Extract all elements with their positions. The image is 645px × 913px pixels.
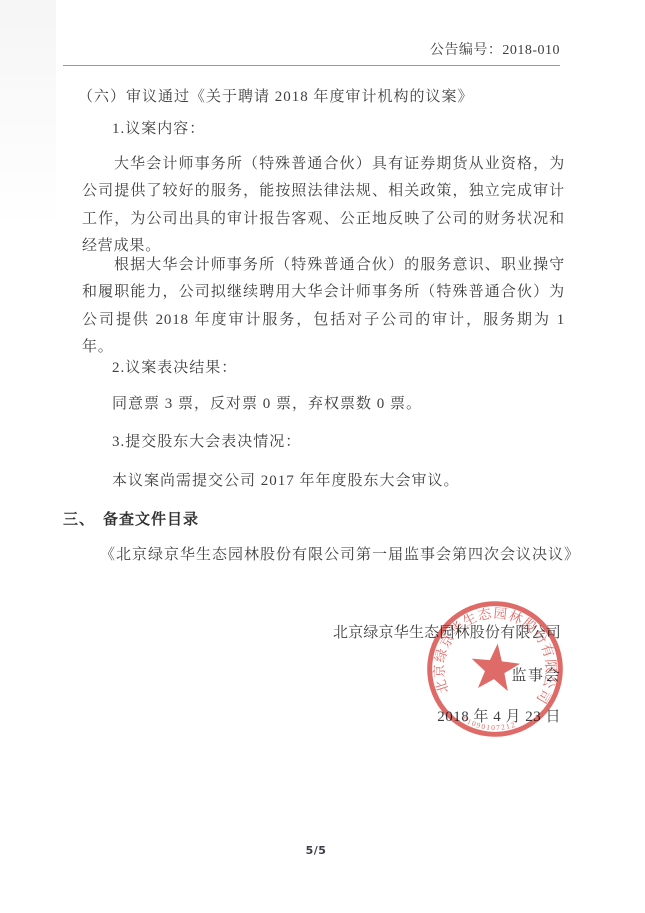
scan-edge-shadow xyxy=(0,0,56,230)
header-divider xyxy=(63,65,560,66)
section-three-number: 三、 xyxy=(63,512,95,528)
announcement-number: 公告编号：2018-010 xyxy=(430,42,560,60)
section-three-title: 备查文件目录 xyxy=(103,512,199,528)
section-three-heading: 三、备查文件目录 xyxy=(63,511,199,529)
vote-result-line: 同意票 3 票，反对票 0 票，弃权票数 0 票。 xyxy=(112,395,422,413)
reference-document-line: 《北京绿京华生态园林股份有限公司第一届监事会第四次会议决议》 xyxy=(100,546,580,564)
page-number: 5/5 xyxy=(0,844,632,857)
scanned-document-page: 公告编号：2018-010 （六）审议通过《关于聘请 2018 年度审计机构的议… xyxy=(0,0,645,913)
section-six-heading: （六）审议通过《关于聘请 2018 年度审计机构的议案》 xyxy=(78,88,474,106)
item2-heading: 2.议案表决结果： xyxy=(112,359,237,377)
item3-heading: 3.提交股东大会表决情况： xyxy=(112,433,301,451)
company-seal-stamp-icon: 北京绿京华生态园林股份有限公司 01090107212 xyxy=(424,598,566,740)
seal-star-icon xyxy=(469,641,522,692)
proposal-content-paragraph-2: 根据大华会计师事务所（特殊普通合伙）的服务意识、职业操守和履职能力，公司拟继续聘… xyxy=(82,252,565,362)
item1-heading: 1.议案内容： xyxy=(112,120,205,138)
proposal-content-paragraph-1: 大华会计师事务所（特殊普通合伙）具有证券期货从业资格，为公司提供了较好的服务，能… xyxy=(82,151,565,261)
submission-note-line: 本议案尚需提交公司 2017 年年度股东大会审议。 xyxy=(112,472,460,490)
